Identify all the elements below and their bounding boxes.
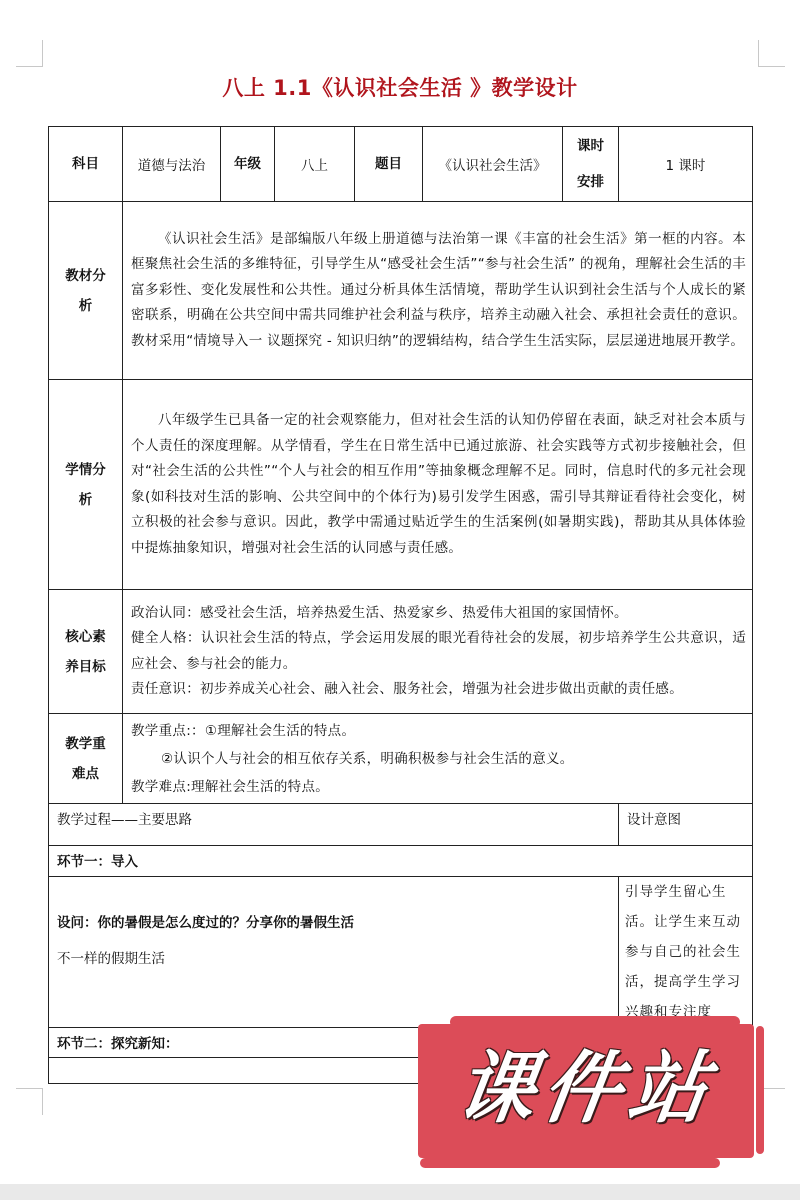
- section1-text: 不一样的假期生活: [57, 941, 610, 977]
- material-analysis-text: 《认识社会生活》是部编版八年级上册道德与法治第一课《丰富的社会生活》第一框的内容…: [123, 202, 753, 380]
- label-line: 学情分: [49, 455, 122, 485]
- section1-title: 环节一：导入: [49, 846, 753, 877]
- goal-political-identity: 政治认同：感受社会生活，培养热爱生活、热爱家乡、热爱伟大祖国的家国情怀。: [131, 601, 746, 627]
- student-analysis-row: 学情分 析 八年级学生已具备一定的社会观察能力，但对社会生活的认知仍停留在表面，…: [49, 380, 753, 590]
- key-point-1: 教学重点:：①理解社会生活的特点。: [131, 717, 746, 745]
- process-header-row: 教学过程——主要思路 设计意图: [49, 804, 753, 846]
- page-corner-mark: [16, 1088, 43, 1115]
- page-corner-mark: [758, 40, 785, 67]
- label-line: 教学重: [49, 729, 122, 759]
- page-corner-mark: [16, 40, 43, 67]
- label-line: 析: [49, 291, 122, 321]
- core-literacy-row: 核心素 养目标 政治认同：感受社会生活，培养热爱生活、热爱家乡、热爱伟大祖国的家…: [49, 590, 753, 714]
- class-hours-label-line2: 安排: [563, 164, 618, 200]
- key-points-label: 教学重 难点: [49, 714, 123, 804]
- watermark-stamp: 课件站: [410, 1016, 762, 1176]
- watermark-text: 课件站: [404, 1044, 769, 1134]
- core-literacy-goals: 政治认同：感受社会生活，培养热爱生活、热爱家乡、热爱伟大祖国的家国情怀。 健全人…: [123, 590, 753, 714]
- topic-value: 《认识社会生活》: [423, 127, 563, 202]
- process-header-main: 教学过程——主要思路: [49, 804, 619, 846]
- student-analysis-text: 八年级学生已具备一定的社会观察能力，但对社会生活的认知仍停留在表面，缺乏对社会本…: [123, 380, 753, 590]
- grade-value: 八上: [275, 127, 355, 202]
- material-analysis-row: 教材分 析 《认识社会生活》是部编版八年级上册道德与法治第一课《丰富的社会生活》…: [49, 202, 753, 380]
- section1-content-row: 设问：你的暑假是怎么度过的？分享你的暑假生活 不一样的假期生活 引导学生留心生活…: [49, 877, 753, 1028]
- key-points-text: 教学重点:：①理解社会生活的特点。 ②认识个人与社会的相互依存关系，明确积极参与…: [123, 714, 753, 804]
- subject-value: 道德与法治: [123, 127, 221, 202]
- section1-question: 设问：你的暑假是怎么度过的？分享你的暑假生活: [57, 905, 610, 941]
- grade-label: 年级: [221, 127, 275, 202]
- key-point-2: ②认识个人与社会的相互依存关系，明确积极参与社会生活的意义。: [131, 745, 746, 773]
- label-line: 养目标: [49, 652, 122, 682]
- label-line: 教材分: [49, 261, 122, 291]
- section1-title-row: 环节一：导入: [49, 846, 753, 877]
- header-row: 科目 道德与法治 年级 八上 题目 《认识社会生活》 课时 安排 1 课时: [49, 127, 753, 202]
- process-header-intent: 设计意图: [619, 804, 753, 846]
- section1-content: 设问：你的暑假是怎么度过的？分享你的暑假生活 不一样的假期生活: [49, 877, 619, 1028]
- goal-sound-personality: 健全人格：认识社会生活的特点，学会运用发展的眼光看待社会的发展，初步培养学生公共…: [131, 626, 746, 677]
- label-line: 难点: [49, 759, 122, 789]
- stamp-edge: [420, 1158, 720, 1168]
- difficult-point: 教学难点:理解社会生活的特点。: [131, 773, 746, 801]
- class-hours-label-line1: 课时: [563, 128, 618, 164]
- student-analysis-label: 学情分 析: [49, 380, 123, 590]
- label-line: 析: [49, 485, 122, 515]
- label-line: 核心素: [49, 622, 122, 652]
- key-points-row: 教学重 难点 教学重点:：①理解社会生活的特点。 ②认识个人与社会的相互依存关系…: [49, 714, 753, 804]
- lesson-plan-table: 科目 道德与法治 年级 八上 题目 《认识社会生活》 课时 安排 1 课时 教材…: [48, 126, 753, 1084]
- section1-intent: 引导学生留心生活。让学生来互动参与自己的社会生活，提高学生学习兴趣和专注度: [619, 877, 753, 1028]
- page-bottom-gutter: [0, 1184, 800, 1200]
- document-title: 八上 1.1《认识社会生活 》教学设计: [0, 72, 800, 102]
- goal-responsibility: 责任意识：初步养成关心社会、融入社会、服务社会，增强为社会进步做出贡献的责任感。: [131, 677, 746, 703]
- subject-label: 科目: [49, 127, 123, 202]
- class-hours-value: 1 课时: [619, 127, 753, 202]
- material-analysis-label: 教材分 析: [49, 202, 123, 380]
- class-hours-label: 课时 安排: [563, 127, 619, 202]
- topic-label: 题目: [355, 127, 423, 202]
- core-literacy-label: 核心素 养目标: [49, 590, 123, 714]
